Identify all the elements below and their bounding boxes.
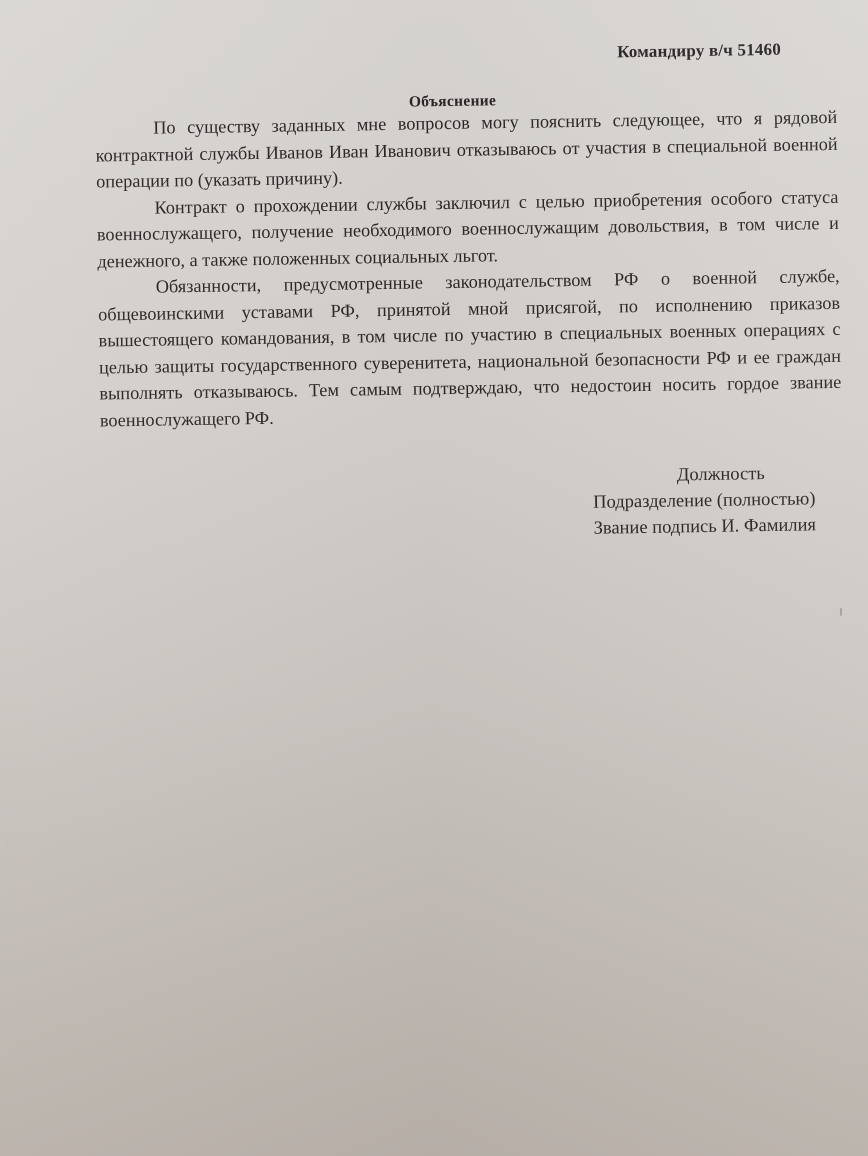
document-page: Командиру в/ч 51460 Объяснение По сущест…: [0, 0, 868, 1156]
signature-rank-name: Звание подпись И. Фамилия: [593, 511, 868, 542]
paper-speck: [840, 608, 842, 616]
paragraph-3: Обязанности, предусмотренные законодател…: [98, 263, 842, 434]
paragraph-2: Контракт о прохождении службы заключил с…: [96, 183, 839, 274]
document-body: По существу заданных мне вопросов могу п…: [95, 104, 842, 434]
addressee-line: Командиру в/ч 51460: [617, 40, 781, 63]
signature-block: Должность Подразделение (полностью) Зван…: [593, 459, 868, 542]
paragraph-1: По существу заданных мне вопросов могу п…: [95, 104, 838, 195]
